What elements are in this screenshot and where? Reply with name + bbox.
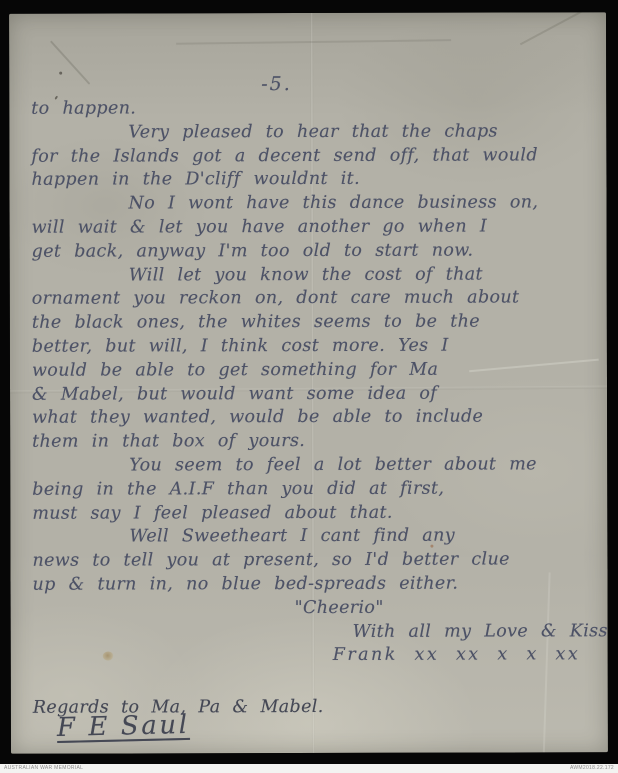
letter-line: No I wont have this dance business on, [32, 191, 594, 216]
letter-line: what they wanted, would be able to inclu… [32, 406, 594, 431]
paper-crease-top-left [50, 40, 90, 84]
letter-line: get back, anyway I'm too old to start no… [32, 239, 594, 264]
letter-line: happen in the D'cliff wouldnt it. [31, 168, 593, 193]
letter-line: & Mabel, but would want some idea of [32, 382, 594, 407]
letter-line: Very pleased to hear that the chaps [31, 120, 593, 145]
letter-line: "Cheerio" [33, 596, 595, 621]
letter-page: -5. to happen.Very pleased to hear that … [9, 12, 608, 754]
letter-line: Frank xx xx x x xx [33, 644, 595, 669]
paper-speck [59, 72, 62, 75]
letter-line: Will let you know the cost of that [32, 263, 594, 288]
letter-line: would be able to get something for Ma [32, 358, 594, 383]
letter-line: With all my Love & Kisses [33, 620, 595, 645]
letter-line: You seem to feel a lot better about me [32, 453, 594, 478]
archive-footer-strip: AUSTRALIAN WAR MEMORIAL AWM2018.22.172 [0, 764, 618, 773]
letter-line: up & turn in, no blue bed-spreads either… [32, 572, 594, 597]
letter-body: to happen.Very pleased to hear that the … [31, 96, 594, 669]
letter-line: the black ones, the whites seems to be t… [32, 310, 594, 335]
letter-line: better, but will, I think cost more. Yes… [32, 334, 594, 359]
letter-line: for the Islands got a decent send off, t… [31, 144, 593, 169]
paper-crease-top [176, 39, 451, 45]
letter-line: ornament you reckon on, dont care much a… [32, 287, 594, 312]
letter-line: them in that box of yours. [32, 429, 594, 454]
page-number: -5. [261, 73, 292, 95]
paper-crease-top-right [520, 12, 584, 45]
archive-institution-label: AUSTRALIAN WAR MEMORIAL [4, 764, 83, 773]
letter-line: will wait & let you have another go when… [32, 215, 594, 240]
letter-line: being in the A.I.F than you did at first… [32, 477, 594, 502]
letter-line: news to tell you at present, so I'd bett… [32, 548, 594, 573]
archive-reference-number: AWM2018.22.172 [570, 764, 614, 773]
signature: F E Saul [57, 710, 190, 743]
letter-line: must say I feel pleased about that. [32, 501, 594, 526]
letter-line: Well Sweetheart I cant find any [32, 525, 594, 550]
letter-line: to happen. [31, 96, 593, 121]
scan-viewer: -5. to happen.Very pleased to hear that … [0, 0, 618, 773]
